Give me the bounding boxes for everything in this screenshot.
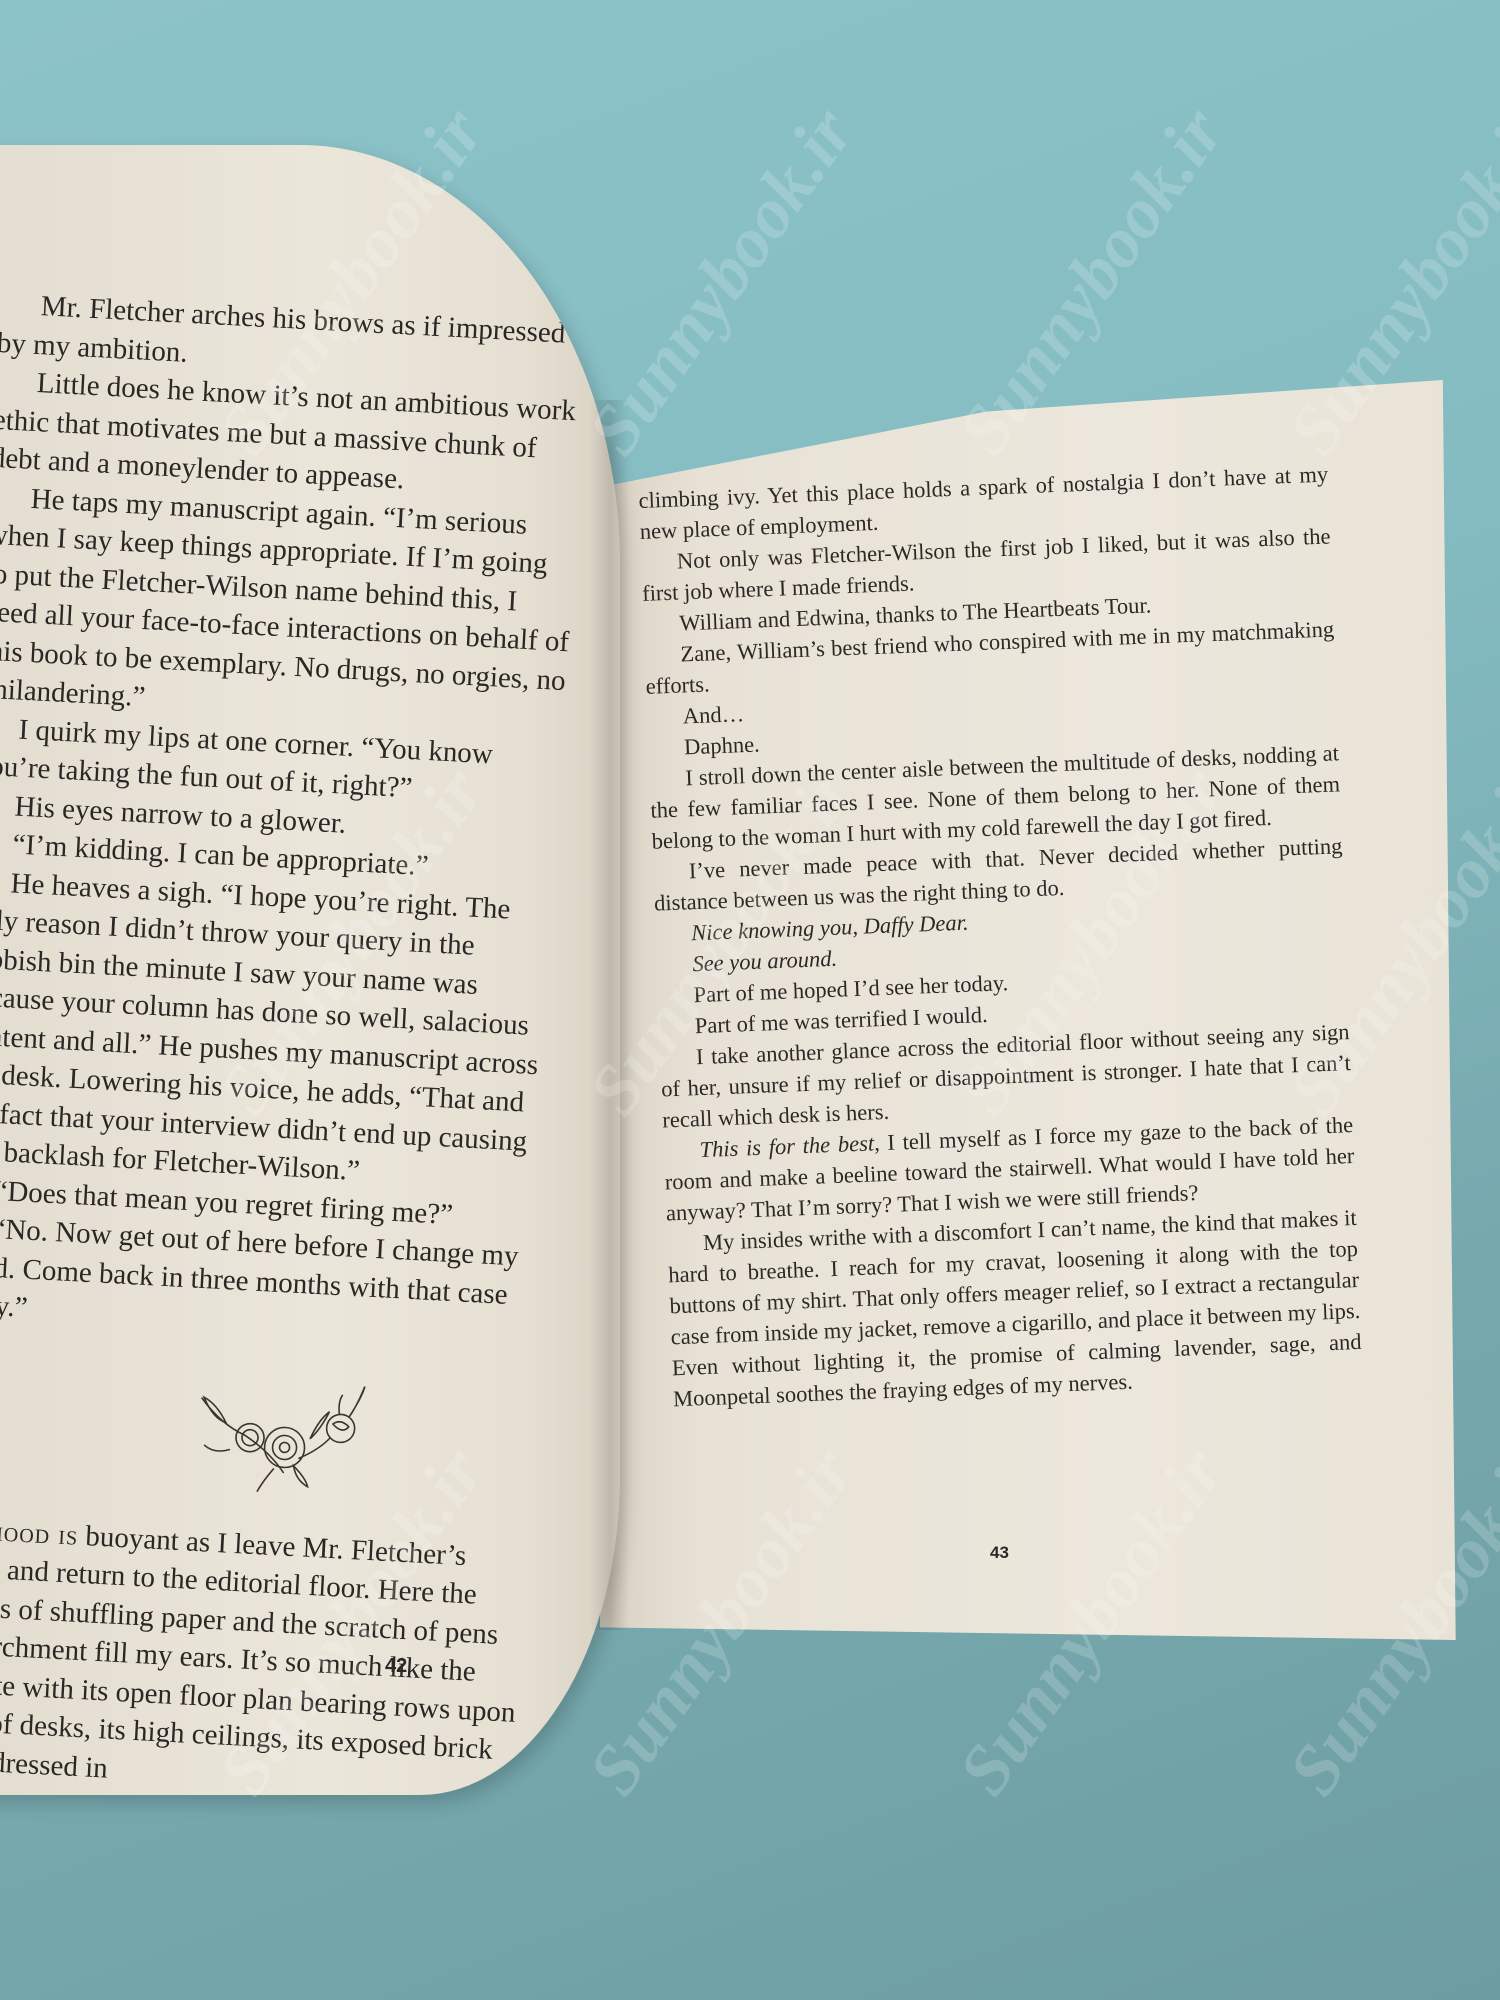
page-number: 43	[990, 1543, 1009, 1563]
section-smallcaps-lead: My mood is	[0, 1512, 79, 1551]
section-opening-paragraph: My mood is buoyant as I leave Mr. Fletch…	[0, 1509, 525, 1795]
floral-divider-icon	[187, 1372, 383, 1502]
page-number: 42	[385, 1655, 407, 1678]
paragraph-rest: buoyant as I leave Mr. Fletcher’s office…	[0, 1519, 516, 1784]
book-gutter-shadow	[590, 400, 630, 1630]
book-page-right: climbing ivy. Yet this place holds a spa…	[600, 380, 1460, 1640]
book-page-left: Mr. Fletcher arches his brows as if impr…	[0, 145, 620, 1795]
page-body-right: climbing ivy. Yet this place holds a spa…	[638, 459, 1363, 1415]
page-body-left: Mr. Fletcher arches his brows as if impr…	[0, 285, 589, 1795]
paragraph: He heaves a sigh. “I hope you’re right. …	[0, 862, 559, 1200]
italic-phrase: This is for the best	[699, 1130, 874, 1162]
paragraph: My insides writhe with a discomfort I ca…	[667, 1202, 1364, 1414]
paragraph: He taps my manuscript again. “I’m seriou…	[0, 477, 579, 739]
